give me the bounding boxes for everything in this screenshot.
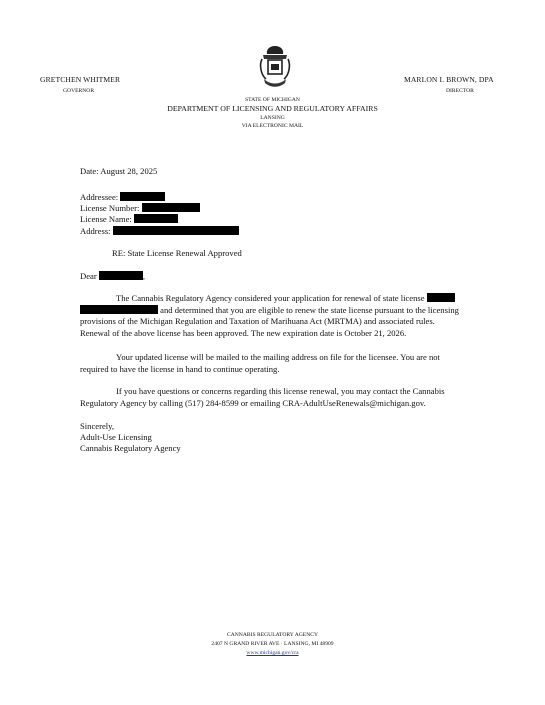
paragraph-1-a: The Cannabis Regulatory Agency considere… [116,293,425,303]
paragraph-2: Your updated license will be mailed to t… [80,352,466,375]
field-license-name: License Name: [80,214,178,225]
governor-name: GRETCHEN WHITMER [40,75,120,84]
redaction-box [120,192,165,201]
letter-date: Date: August 28, 2025 [80,166,157,177]
governor-title: GOVERNOR [63,88,94,94]
redaction-box [134,214,178,223]
department-title: DEPARTMENT OF LICENSING AND REGULATORY A… [0,104,545,113]
field-address: Address: [80,226,239,237]
footer-link-wrap: www.michigan.gov/cra [0,650,545,656]
footer-agency: CANNABIS REGULATORY AGENCY [0,632,545,638]
paragraph-1: The Cannabis Regulatory Agency considere… [80,293,466,339]
city-label: LANSING [0,115,545,121]
redaction-box [427,293,455,302]
paragraph-2-text: Your updated license will be mailed to t… [80,352,440,374]
salutation-prefix: Dear [80,271,97,281]
footer-website-link[interactable]: www.michigan.gov/cra [246,650,298,656]
salutation-suffix: , [143,271,145,281]
subject-line: RE: State License Renewal Approved [112,248,242,259]
delivery-label: VIA ELECTRONIC MAIL [0,123,545,129]
salutation: Dear , [80,271,145,282]
redaction-box [142,203,200,212]
field-label: License Number: [80,203,139,213]
michigan-seal-icon [258,43,292,93]
footer-address: 2407 N GRAND RIVER AVE · LANSING, MI 489… [0,641,545,647]
field-label: Address: [80,226,111,236]
field-label: Addressee: [80,192,118,202]
redaction-box [80,305,158,314]
paragraph-3: If you have questions or concerns regard… [80,386,466,409]
state-label: STATE OF MICHIGAN [0,97,545,103]
field-label: License Name: [80,214,132,224]
paragraph-3-text: If you have questions or concerns regard… [80,386,445,408]
closing: Sincerely, [80,421,114,432]
redaction-box [99,271,143,280]
signature-line-2: Cannabis Regulatory Agency [80,443,181,454]
director-name: MARLON I. BROWN, DPA [404,75,494,84]
field-license-number: License Number: [80,203,200,214]
signature-line-1: Adult-Use Licensing [80,432,152,443]
director-title: DIRECTOR [446,88,474,94]
field-addressee: Addressee: [80,192,165,203]
redaction-box [113,226,239,235]
